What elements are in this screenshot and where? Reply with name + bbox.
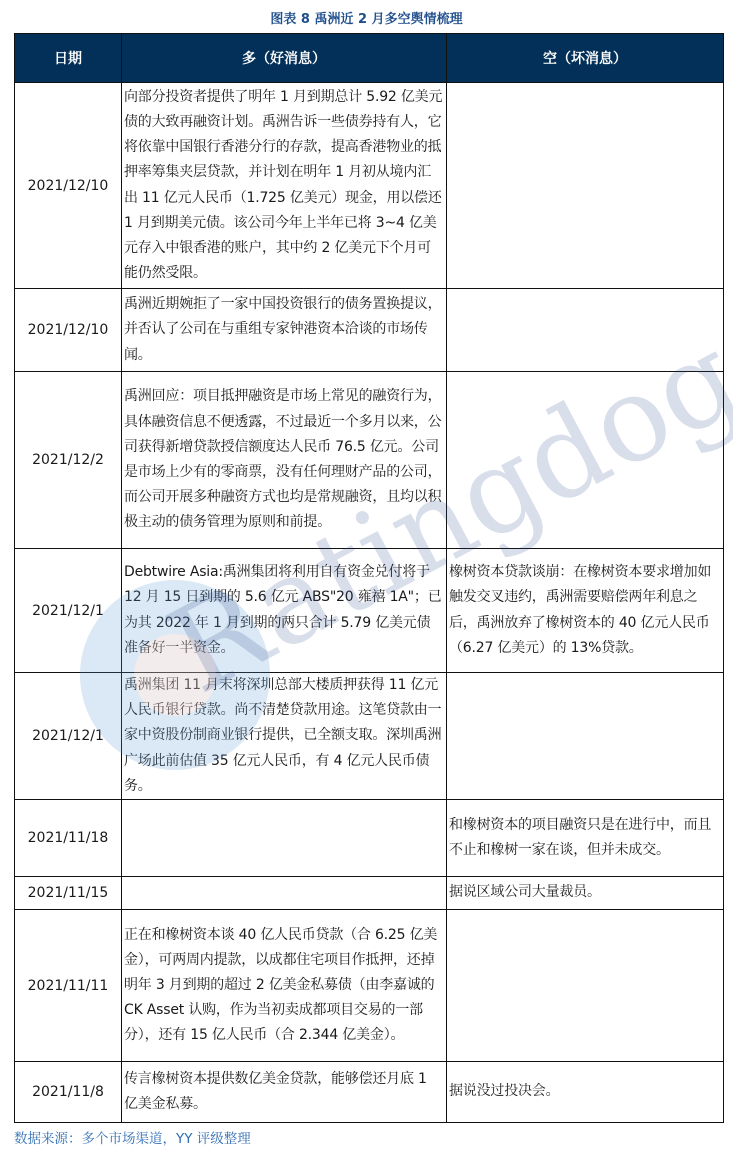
table-row: 2021/12/10 禹洲近期婉拒了一家中国投资银行的债务置换提议，并否认了公司…: [15, 289, 724, 372]
cell-bull: 禹洲近期婉拒了一家中国投资银行的债务置换提议，并否认了公司在与重组专家钟港资本洽…: [122, 289, 447, 372]
cell-bull: Debtwire Asia:禹洲集团将利用自有资金兑付将于 12 月 15 日到…: [122, 549, 447, 673]
sentiment-table: 日期 多（好消息） 空（坏消息） 2021/12/10 向部分投资者提供了明年 …: [14, 33, 724, 1123]
cell-date: 2021/11/8: [15, 1062, 122, 1123]
data-source-note: 数据来源：多个市场渠道，YY 评级整理: [14, 1127, 251, 1147]
header-bear: 空（坏消息）: [447, 34, 724, 83]
cell-bull: 禹洲集团 11 月末将深圳总部大楼质押获得 11 亿元人民币银行贷款。尚不清楚贷…: [122, 673, 447, 800]
table-row: 2021/11/8 传言橡树资本提供数亿美金贷款，能够偿还月底 1 亿美金私募。…: [15, 1062, 724, 1123]
cell-bull: [122, 800, 447, 877]
table-row: 2021/12/1 禹洲集团 11 月末将深圳总部大楼质押获得 11 亿元人民币…: [15, 673, 724, 800]
cell-bear: [447, 910, 724, 1062]
cell-date: 2021/12/10: [15, 289, 122, 372]
cell-bull: 向部分投资者提供了明年 1 月到期总计 5.92 亿美元债的大致再融资计划。禹洲…: [122, 83, 447, 289]
cell-bull: 正在和橡树资本谈 40 亿人民币贷款（合 6.25 亿美金），可两周内提款，以成…: [122, 910, 447, 1062]
table-row: 2021/12/1 Debtwire Asia:禹洲集团将利用自有资金兑付将于 …: [15, 549, 724, 673]
header-date: 日期: [15, 34, 122, 83]
cell-bear: 橡树资本贷款谈崩：在橡树资本要求增加如触发交叉违约，禹洲需要赔偿两年利息之后，禹…: [447, 549, 724, 673]
table-row: 2021/12/2 禹洲回应：项目抵押融资是市场上常见的融资行为，具体融资信息不…: [15, 372, 724, 549]
cell-date: 2021/12/1: [15, 673, 122, 800]
cell-bear: [447, 83, 724, 289]
table-row: 2021/11/18 和橡树资本的项目融资只是在进行中，而且不止和橡树一家在谈，…: [15, 800, 724, 877]
table-row: 2021/11/15 据说区域公司大量裁员。: [15, 877, 724, 910]
cell-date: 2021/12/1: [15, 549, 122, 673]
cell-bear: 据说区域公司大量裁员。: [447, 877, 724, 910]
table-row: 2021/11/11 正在和橡树资本谈 40 亿人民币贷款（合 6.25 亿美金…: [15, 910, 724, 1062]
cell-date: 2021/12/2: [15, 372, 122, 549]
cell-bull: [122, 877, 447, 910]
cell-bull: 传言橡树资本提供数亿美金贷款，能够偿还月底 1 亿美金私募。: [122, 1062, 447, 1123]
cell-bear: [447, 289, 724, 372]
table-row: 2021/12/10 向部分投资者提供了明年 1 月到期总计 5.92 亿美元债…: [15, 83, 724, 289]
cell-bear: [447, 372, 724, 549]
cell-bear: [447, 673, 724, 800]
cell-date: 2021/12/10: [15, 83, 122, 289]
cell-date: 2021/11/18: [15, 800, 122, 877]
cell-bear: 和橡树资本的项目融资只是在进行中，而且不止和橡树一家在谈，但并未成交。: [447, 800, 724, 877]
cell-bear: 据说没过投决会。: [447, 1062, 724, 1123]
table-header-row: 日期 多（好消息） 空（坏消息）: [15, 34, 724, 83]
cell-date: 2021/11/11: [15, 910, 122, 1062]
cell-bull: 禹洲回应：项目抵押融资是市场上常见的融资行为，具体融资信息不便透露，不过最近一个…: [122, 372, 447, 549]
figure-caption: 图表 8 禹洲近 2 月多空舆情梳理: [0, 8, 733, 27]
cell-date: 2021/11/15: [15, 877, 122, 910]
header-bull: 多（好消息）: [122, 34, 447, 83]
